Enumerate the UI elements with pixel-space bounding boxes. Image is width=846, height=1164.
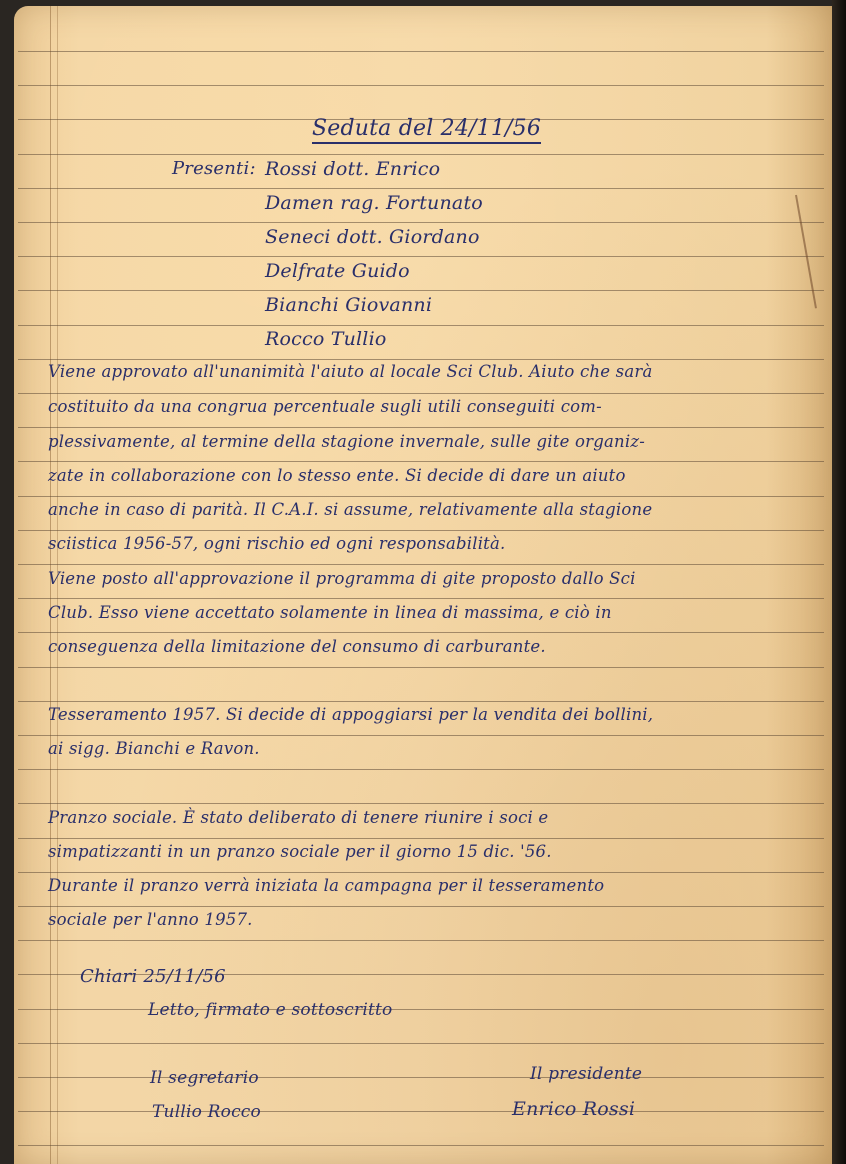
attendees-label: Presenti: xyxy=(172,158,256,179)
ruled-line xyxy=(18,1077,824,1078)
paragraph-line: sciistica 1956-57, ogni rischio ed ogni … xyxy=(48,534,505,553)
paragraph-line: anche in caso di parità. Il C.A.I. si as… xyxy=(48,500,652,519)
closing-formula: Letto, firmato e sottoscritto xyxy=(148,1000,392,1020)
ruled-line xyxy=(18,188,824,189)
ruled-line xyxy=(18,906,824,907)
paragraph-line: simpatizzanti in un pranzo sociale per i… xyxy=(48,842,552,861)
ruled-line xyxy=(18,940,824,941)
ruled-line xyxy=(18,256,824,257)
ruled-line xyxy=(18,598,824,599)
ruled-line xyxy=(18,632,824,633)
attendee: Damen rag. Fortunato xyxy=(265,192,483,214)
ruled-line xyxy=(18,1111,824,1112)
ruled-line xyxy=(18,290,824,291)
ruled-line xyxy=(18,1145,824,1146)
president-title: Il presidente xyxy=(530,1064,642,1084)
attendee: Rossi dott. Enrico xyxy=(265,158,440,180)
ruled-line xyxy=(18,769,824,770)
ruled-line xyxy=(18,85,824,86)
paragraph-line: zate in collaborazione con lo stesso ent… xyxy=(48,466,626,485)
ruled-line xyxy=(18,872,824,873)
ruled-line xyxy=(18,427,824,428)
paragraph-line: ai sigg. Bianchi e Ravon. xyxy=(48,739,260,758)
paragraph-line: sociale per l'anno 1957. xyxy=(48,910,253,929)
ruled-line xyxy=(18,1043,824,1044)
paragraph-line: Viene posto all'approvazione il programm… xyxy=(48,569,636,588)
paragraph-line: conseguenza della limitazione del consum… xyxy=(48,637,546,656)
ruled-line xyxy=(18,51,824,52)
paragraph-line: Club. Esso viene accettato solamente in … xyxy=(48,603,612,622)
ruled-line xyxy=(18,838,824,839)
place-date: Chiari 25/11/56 xyxy=(80,966,226,987)
page-right-shadow xyxy=(832,0,846,1164)
paragraph-line: plessivamente, al termine della stagione… xyxy=(48,432,645,451)
secretary-signature: Tullio Rocco xyxy=(152,1102,261,1122)
paragraph-line: Pranzo sociale. È stato deliberato di te… xyxy=(48,808,548,827)
ruled-line xyxy=(18,1009,824,1010)
ruled-line xyxy=(18,496,824,497)
attendee: Delfrate Guido xyxy=(265,260,410,282)
ruled-line xyxy=(18,222,824,223)
attendee: Seneci dott. Giordano xyxy=(265,226,480,248)
ruled-line xyxy=(18,667,824,668)
ruled-line xyxy=(18,735,824,736)
ruled-line xyxy=(18,325,824,326)
ruled-line xyxy=(18,393,824,394)
attendee: Rocco Tullio xyxy=(265,328,386,350)
page-title: Seduta del 24/11/56 xyxy=(312,116,541,144)
ruled-line xyxy=(18,530,824,531)
ruled-line xyxy=(18,564,824,565)
paragraph-line: Durante il pranzo verrà iniziata la camp… xyxy=(48,876,604,895)
paragraph-line: costituito da una congrua percentuale su… xyxy=(48,397,602,416)
secretary-title: Il segretario xyxy=(150,1068,259,1088)
paragraph-line: Tesseramento 1957. Si decide di appoggia… xyxy=(48,705,653,724)
ruled-line xyxy=(18,154,824,155)
ruled-line xyxy=(18,461,824,462)
attendee: Bianchi Giovanni xyxy=(265,294,432,316)
ruled-line xyxy=(18,701,824,702)
president-signature: Enrico Rossi xyxy=(512,1098,635,1120)
paragraph-line: Viene approvato all'unanimità l'aiuto al… xyxy=(48,362,653,381)
ruled-line xyxy=(18,803,824,804)
ruled-line xyxy=(18,359,824,360)
